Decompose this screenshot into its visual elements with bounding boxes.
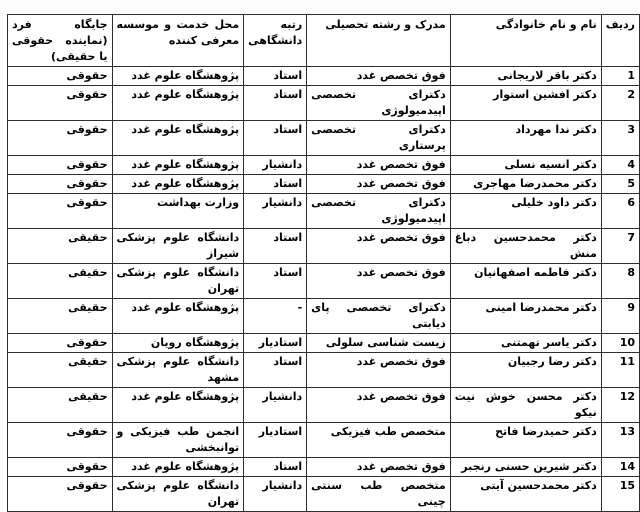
- cell-radif: 9: [601, 299, 639, 334]
- cell-rank: استادیار: [244, 334, 307, 353]
- members-table-header: ردیف نام و نام خانوادگی مدرک و رشته تحصی…: [8, 15, 640, 67]
- cell-position: حقیقی: [8, 388, 113, 407]
- table-row: 6دکتر داود خلیلیدکترای تخصصی اپیدمیولوژی…: [8, 194, 640, 229]
- cell-radif: 4: [601, 156, 639, 175]
- cell-radif: 10: [601, 334, 639, 353]
- table-row: 2دکتر افشین استواردکترای تخصصی اپیدمیولو…: [8, 86, 640, 121]
- cell-radif: 3: [601, 121, 639, 156]
- cell-degree: فوق تخصص غدد: [307, 353, 451, 388]
- cell-degree: دکترای تخصصی پرستاری: [307, 121, 451, 156]
- cell-service: وزارت بهداشت: [112, 194, 244, 229]
- column-header-rank: رتبه دانشگاهی: [244, 15, 307, 67]
- column-header-name: نام و نام خانوادگی: [450, 15, 601, 67]
- cell-degree: فوق تخصص غدد: [307, 264, 451, 299]
- cell-degree: دکترای تخصصی اپیدمیولوژی: [307, 86, 451, 121]
- cell-rank: استاد: [244, 121, 307, 156]
- cell-degree: فوق تخصص غدد: [307, 229, 451, 264]
- cell-service: دانشگاه علوم پزشکی شیراز: [112, 229, 244, 264]
- cell-service: پژوهشگاه علوم غدد: [112, 175, 244, 194]
- cell-radif: 5: [601, 175, 639, 194]
- cell-radif: 12: [601, 388, 639, 407]
- cell-name: دکتر محمدحسین دباغ منش: [450, 229, 601, 264]
- cell-radif: 7: [601, 229, 639, 264]
- cell-position: حقوقی: [8, 156, 113, 175]
- cell-rank: استاد: [244, 353, 307, 388]
- column-header-degree: مدرک و رشته تحصیلی: [307, 15, 451, 67]
- header-row: ردیف نام و نام خانوادگی مدرک و رشته تحصی…: [8, 15, 640, 67]
- cell-rank: استاد: [244, 67, 307, 86]
- cell-degree: فوق تخصص غدد: [307, 67, 451, 86]
- cell-name: دکتر فاطمه اصفهانیان: [450, 264, 601, 299]
- cell-degree: زیست شناسی سلولی: [307, 334, 451, 353]
- cell-service: پژوهشگاه علوم غدد: [112, 156, 244, 175]
- members-table-body: 1دکتر باقر لاریجانیفوق تخصص غدداستادپژوه…: [8, 67, 640, 407]
- cell-service: پژوهشگاه علوم غدد: [112, 299, 244, 334]
- cell-service: پژوهشگاه رویان: [112, 334, 244, 353]
- cell-radif: 6: [601, 194, 639, 229]
- table-row: 8دکتر فاطمه اصفهانیانفوق تخصص غدداستاددا…: [8, 264, 640, 299]
- cell-position: حقیقی: [8, 229, 113, 264]
- cell-name: دکتر ندا مهرداد: [450, 121, 601, 156]
- cell-name: دکتر باقر لاریجانی: [450, 67, 601, 86]
- table-row: 5دکتر محمدرضا مهاجریفوق تخصص غدداستادپژو…: [8, 175, 640, 194]
- cell-position: حقوقی: [8, 67, 113, 86]
- cell-degree: فوق تخصص غدد: [307, 156, 451, 175]
- cell-position: حقوقی: [8, 334, 113, 353]
- column-header-service: محل خدمت و موسسه معرفی کننده: [112, 15, 244, 67]
- cell-position: حقوقی: [8, 194, 113, 229]
- cell-position: حقیقی: [8, 299, 113, 334]
- table-row: 10دکتر یاسر تهمتنیزیست شناسی سلولیاستادی…: [8, 334, 640, 353]
- cell-rank: -: [244, 299, 307, 334]
- cell-degree: دکترای تخصصی پای دیابتی: [307, 299, 451, 334]
- cell-service: دانشگاه علوم پزشکی مشهد: [112, 353, 244, 388]
- table-row: 4دکتر انسیه نسلیفوق تخصص غدددانشیارپژوهش…: [8, 156, 640, 175]
- cell-rank: دانشیار: [244, 388, 307, 407]
- cell-name: دکتر افشین استوار: [450, 86, 601, 121]
- cell-radif: 2: [601, 86, 639, 121]
- cell-position: حقیقی: [8, 264, 113, 299]
- cell-radif: 8: [601, 264, 639, 299]
- cell-rank: دانشیار: [244, 194, 307, 229]
- table-row: 1دکتر باقر لاریجانیفوق تخصص غدداستادپژوه…: [8, 67, 640, 86]
- cell-service: دانشگاه علوم پزشکی تهران: [112, 264, 244, 299]
- cell-degree: فوق تخصص غدد: [307, 175, 451, 194]
- cell-name: دکتر داود خلیلی: [450, 194, 601, 229]
- cell-position: حقوقی: [8, 121, 113, 156]
- cell-service: پژوهشگاه علوم غدد: [112, 67, 244, 86]
- cell-radif: 1: [601, 67, 639, 86]
- cell-rank: استاد: [244, 175, 307, 194]
- table-row: 11دکتر رضا رجبیانفوق تخصص غدداستاددانشگا…: [8, 353, 640, 388]
- column-header-position: جایگاه فرد (نماینده حقوقی یا حقیقی): [8, 15, 113, 67]
- cell-degree: فوق تخصص غدد: [307, 388, 451, 407]
- cell-name: دکتر انسیه نسلی: [450, 156, 601, 175]
- cell-position: حقیقی: [8, 353, 113, 388]
- cell-name: دکتر محسن خوش نیت نیکو: [450, 388, 601, 407]
- cell-degree: دکترای تخصصی اپیدمیولوژی: [307, 194, 451, 229]
- cell-service: پژوهشگاه علوم غدد: [112, 388, 244, 407]
- cell-name: دکتر محمدرضا مهاجری: [450, 175, 601, 194]
- cell-rank: استاد: [244, 86, 307, 121]
- cell-rank: استاد: [244, 229, 307, 264]
- cell-radif: 11: [601, 353, 639, 388]
- column-header-radif: ردیف: [601, 15, 639, 67]
- cell-position: حقوقی: [8, 86, 113, 121]
- members-table: ردیف نام و نام خانوادگی مدرک و رشته تحصی…: [7, 14, 640, 406]
- table-row: 9دکتر محمدرضا امینیدکترای تخصصی پای دیاب…: [8, 299, 640, 334]
- table-row: 3دکتر ندا مهرداددکترای تخصصی پرستاریاستا…: [8, 121, 640, 156]
- cell-name: دکتر محمدرضا امینی: [450, 299, 601, 334]
- table-row: 7دکتر محمدحسین دباغ منشفوق تخصص غدداستاد…: [8, 229, 640, 264]
- cell-name: دکتر رضا رجبیان: [450, 353, 601, 388]
- members-table-container: ردیف نام و نام خانوادگی مدرک و رشته تحصی…: [7, 14, 640, 406]
- cell-rank: استاد: [244, 264, 307, 299]
- table-row: 12دکتر محسن خوش نیت نیکوفوق تخصص غدددانش…: [8, 388, 640, 407]
- cell-service: پژوهشگاه علوم غدد: [112, 121, 244, 156]
- cell-name: دکتر یاسر تهمتنی: [450, 334, 601, 353]
- cell-rank: دانشیار: [244, 156, 307, 175]
- cell-position: حقوقی: [8, 175, 113, 194]
- cell-service: پژوهشگاه علوم غدد: [112, 86, 244, 121]
